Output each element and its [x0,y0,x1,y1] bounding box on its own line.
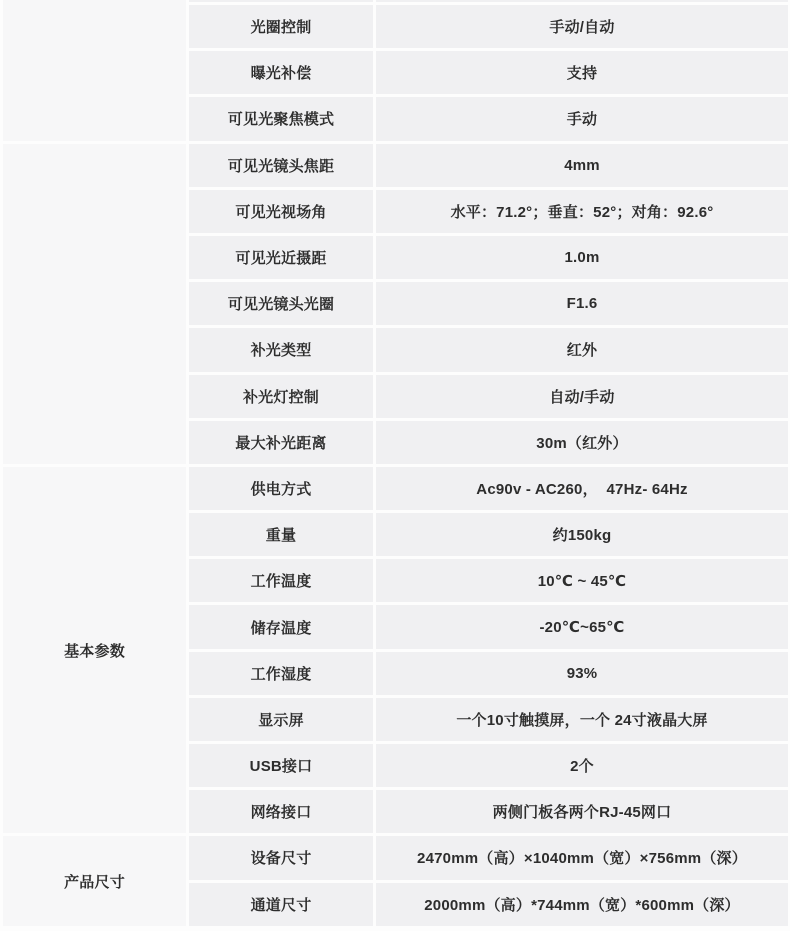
category-cell-2 [3,144,186,464]
spec-value: 支持 [376,51,788,94]
spec-name: 工作湿度 [189,652,373,695]
category-cell-product-size: 产品尺寸 [3,836,186,925]
spec-value: 10℃ ~ 45℃ [376,559,788,602]
spec-name: 可见光视场角 [189,190,373,233]
spec-name: 补光灯控制 [189,375,373,418]
spec-value: 4mm [376,144,788,187]
spec-value: 约150kg [376,513,788,556]
spec-value: 两侧门板各两个RJ-45网口 [376,790,788,833]
spec-name: 可见光聚焦模式 [189,97,373,140]
spec-name: 重量 [189,513,373,556]
spec-value: 自动/手动 [376,375,788,418]
spec-value: -20℃~65℃ [376,605,788,648]
spec-name: USB接口 [189,744,373,787]
spec-name: 网络接口 [189,790,373,833]
spec-name: 设备尺寸 [189,836,373,879]
spec-name: 可见光近摄距 [189,236,373,279]
spec-name: 可见光镜头光圈 [189,282,373,325]
spec-name: 工作温度 [189,559,373,602]
spec-value: 红外 [376,328,788,371]
spec-name: 曝光补偿 [189,51,373,94]
spec-name: 光圈控制 [189,5,373,48]
spec-name: 储存温度 [189,605,373,648]
spec-value: 2470mm（高）×1040mm（宽）×756mm（深） [376,836,788,879]
category-cell-1 [3,0,186,141]
spec-name: 通道尺寸 [189,883,373,926]
category-cell-basic-params: 基本参数 [3,467,186,834]
spec-value: 30m（红外） [376,421,788,464]
spec-value: 一个10寸触摸屏，一个 24寸液晶大屏 [376,698,788,741]
spec-value: 93% [376,652,788,695]
spec-name: 供电方式 [189,467,373,510]
spec-value: 手动 [376,97,788,140]
spec-value: Ac90v - AC260， 47Hz- 64Hz [376,467,788,510]
spec-value: 手动/自动 [376,5,788,48]
spec-value: F1.6 [376,282,788,325]
spec-name: 最大补光距离 [189,421,373,464]
spec-value: 水平：71.2°；垂直：52°；对角：92.6° [376,190,788,233]
spec-table: 基本参数 产品尺寸 光圈控制 手动/自动 曝光补偿 支持 可见光聚焦模式 手动 … [0,0,790,931]
spec-value: 2个 [376,744,788,787]
spec-value: 2000mm（高）*744mm（宽）*600mm（深） [376,883,788,926]
spec-name: 显示屏 [189,698,373,741]
row-sliver-name [189,0,373,2]
spec-name: 可见光镜头焦距 [189,144,373,187]
spec-value: 1.0m [376,236,788,279]
row-sliver-value [376,0,788,2]
spec-name: 补光类型 [189,328,373,371]
